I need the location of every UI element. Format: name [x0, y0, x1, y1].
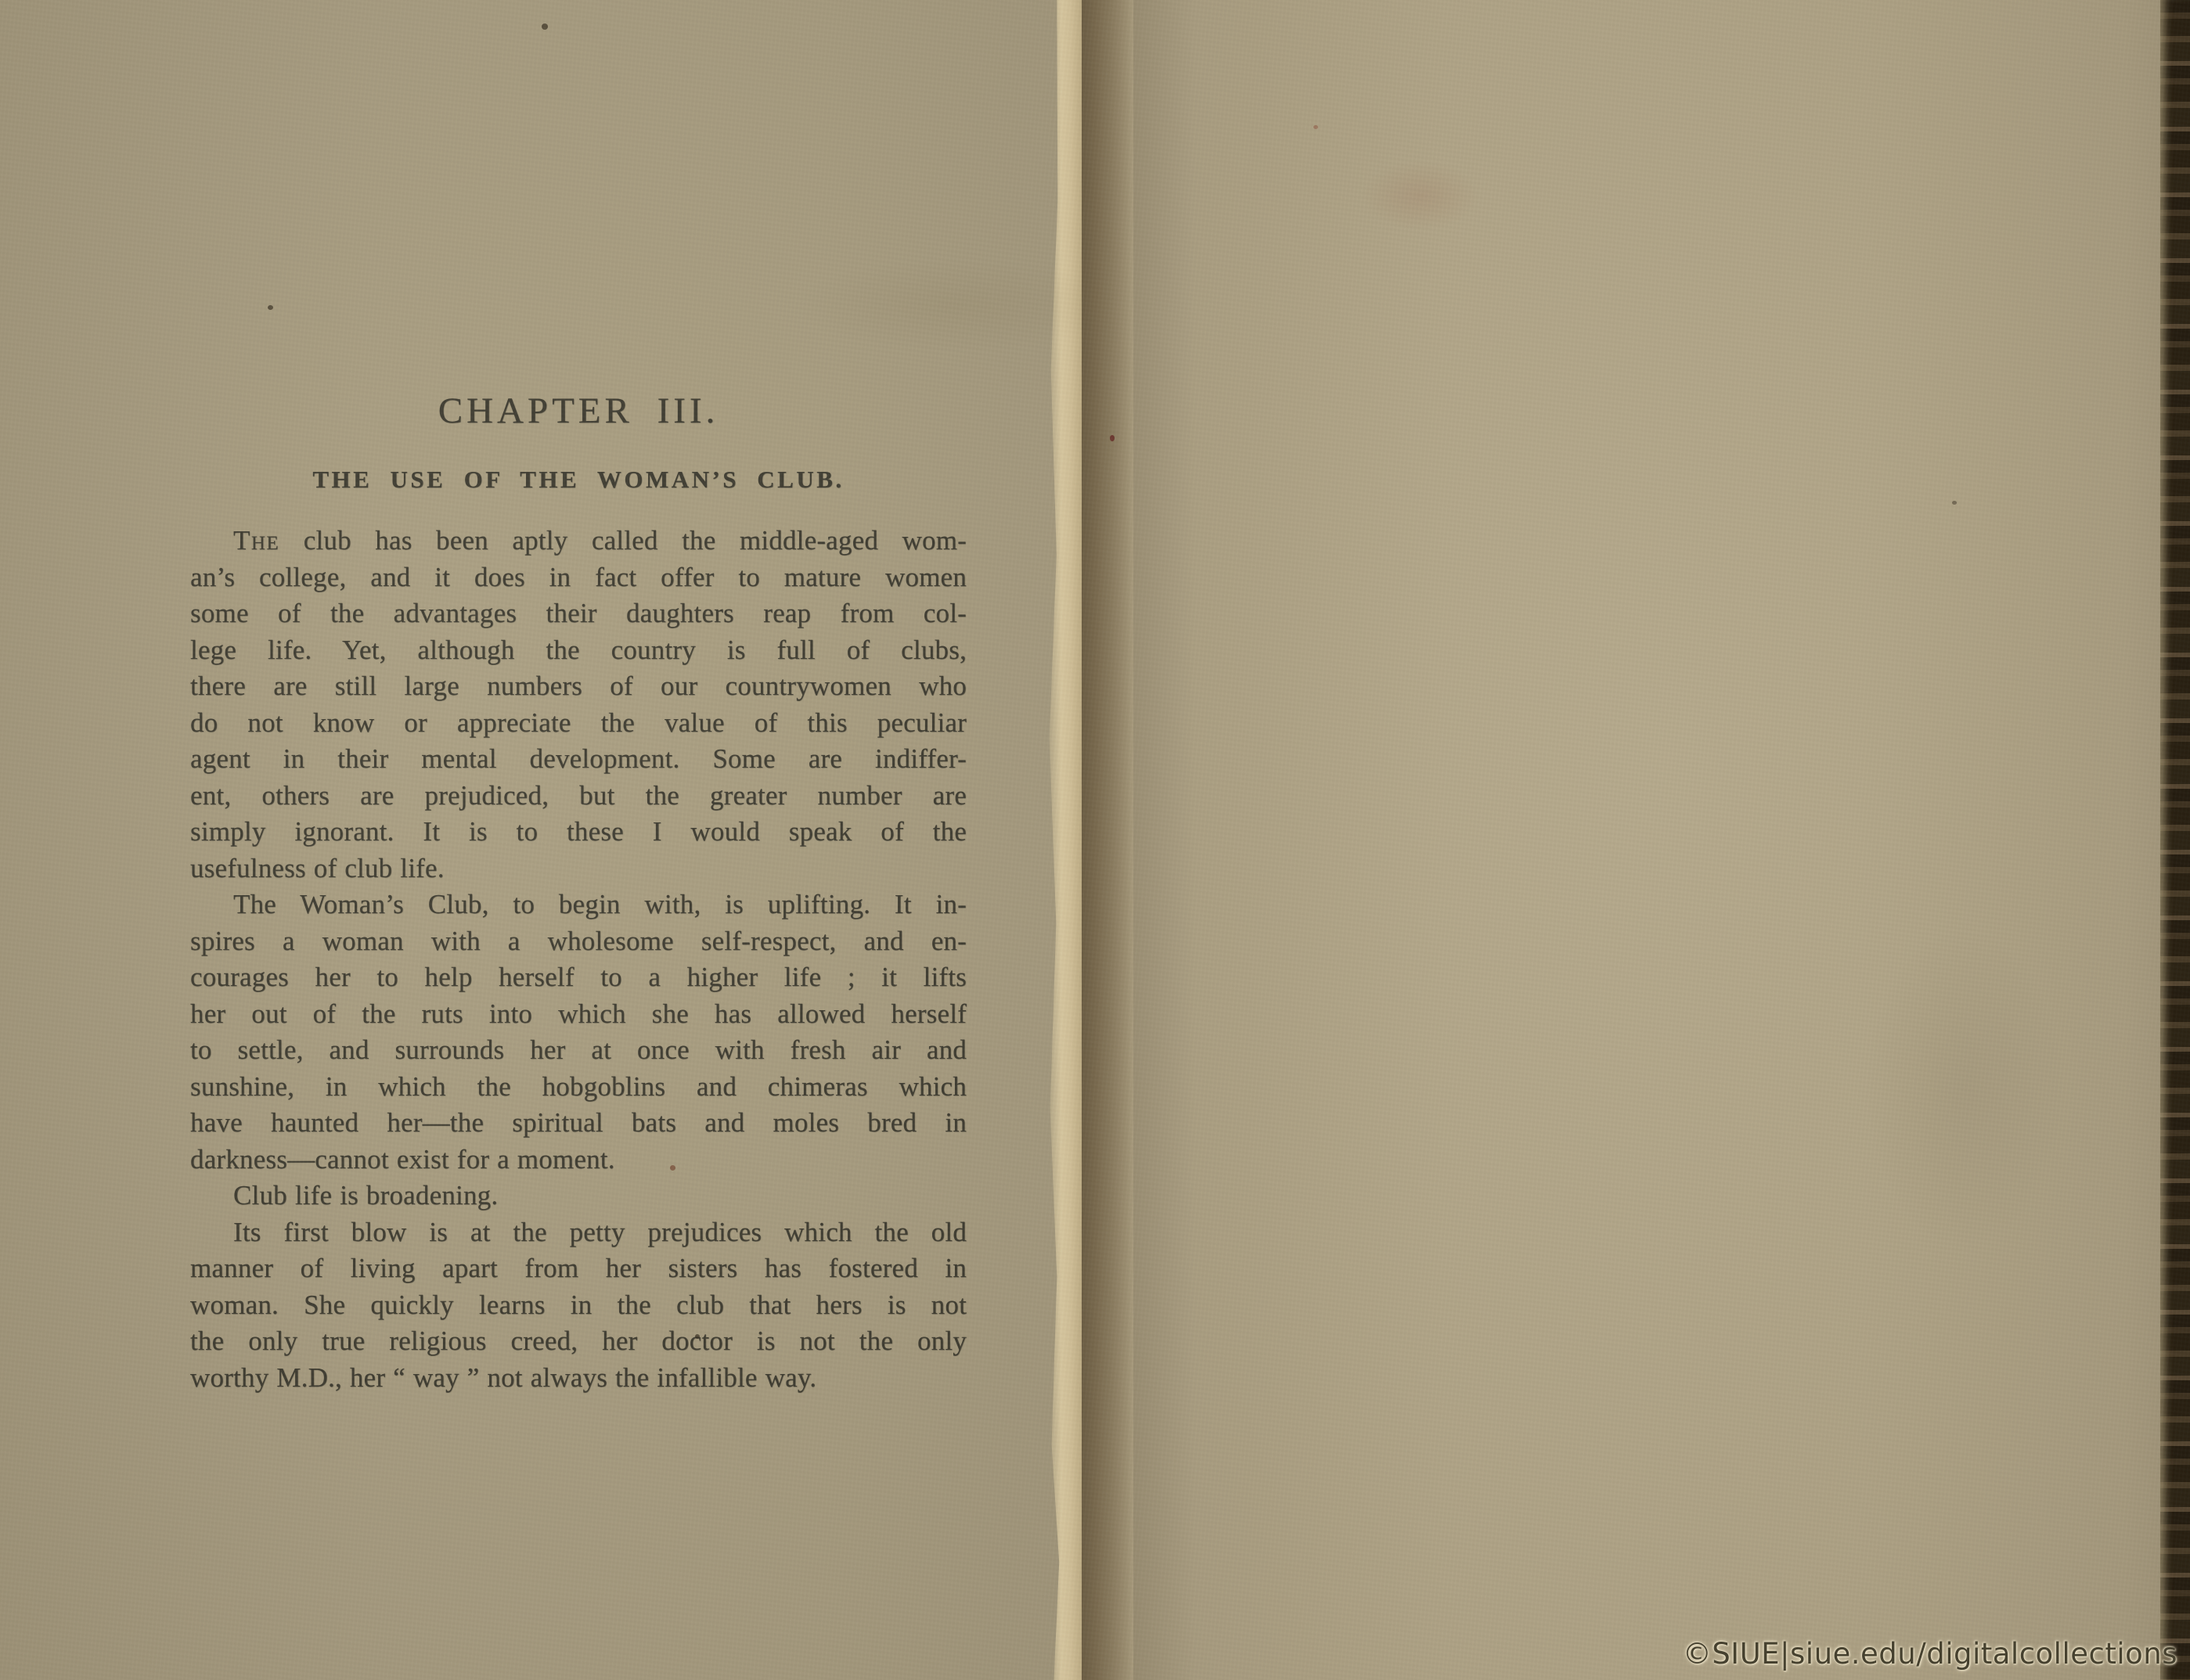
left-page: CHAPTER III. THE USE OF THE WOMAN’S CLUB… — [0, 0, 1063, 1680]
chapter-heading: CHAPTER III. — [190, 390, 967, 432]
text-line: agent in their mental development. Some … — [190, 741, 967, 778]
small-caps-lead: The — [233, 525, 279, 556]
text-line: have haunted her—the spiritual bats and … — [190, 1105, 967, 1142]
paragraph: Club life is broadening. — [190, 1178, 967, 1214]
text-line: to settle, and surrounds her at once wit… — [190, 1032, 967, 1069]
paper-speck — [670, 1165, 675, 1171]
text-line: The club has been aptly called the middl… — [190, 523, 967, 559]
text-line: ent, others are prejudiced, but the grea… — [190, 778, 967, 815]
paper-speck — [695, 1334, 700, 1339]
text-line: woman. She quickly learns in the club th… — [190, 1287, 967, 1324]
text-line: usefulness of club life. — [190, 851, 967, 887]
text-line: some of the advantages their daughters r… — [190, 595, 967, 632]
text-line: do not know or appreciate the value of t… — [190, 705, 967, 742]
text-line: an’s college, and it does in fact offer … — [190, 559, 967, 596]
text-line: manner of living apart from her sisters … — [190, 1250, 967, 1287]
text-line: Club life is broadening. — [190, 1178, 967, 1214]
paper-speck — [1110, 435, 1115, 441]
paper-speck — [542, 23, 548, 30]
paragraph: The club has been aptly called the middl… — [190, 523, 967, 887]
paper-speck — [268, 305, 273, 310]
text-line: there are still large numbers of our cou… — [190, 668, 967, 705]
text-line: lege life. Yet, although the country is … — [190, 632, 967, 669]
paper-speck — [1952, 501, 1957, 505]
digital-collection-watermark: ©SIUE|siue.edu/digitalcollections — [1683, 1637, 2177, 1671]
text-line: worthy M.D., her “ way ” not always the … — [190, 1360, 967, 1397]
text-line: her out of the ruts into which she has a… — [190, 996, 967, 1033]
text-line: courages her to help herself to a higher… — [190, 959, 967, 996]
text-line: the only true religious creed, her docto… — [190, 1323, 967, 1360]
book-fore-edge — [2160, 0, 2190, 1680]
text-line: spires a woman with a wholesome self-res… — [190, 923, 967, 960]
left-page-body-text: The club has been aptly called the middl… — [190, 523, 967, 1396]
paragraph: Its first blow is at the petty prejudice… — [190, 1214, 967, 1397]
text-line: simply ignorant. It is to these I would … — [190, 814, 967, 851]
paper-speck — [1313, 125, 1318, 129]
text-line: Its first blow is at the petty prejudice… — [190, 1214, 967, 1251]
text-line: darkness—cannot exist for a moment. — [190, 1142, 967, 1178]
text-line: sunshine, in which the hobgoblins and ch… — [190, 1069, 967, 1106]
right-page: THE USE OF·THE WOMAN’S CLUB. 21 She is s… — [1133, 0, 2167, 1680]
gutter-shadow — [1082, 0, 1133, 1680]
book-scan: CHAPTER III. THE USE OF THE WOMAN’S CLUB… — [0, 0, 2190, 1680]
paragraph: The Woman’s Club, to begin with, is upli… — [190, 887, 967, 1178]
chapter-subtitle: THE USE OF THE WOMAN’S CLUB. — [190, 466, 967, 494]
text-line: The Woman’s Club, to begin with, is upli… — [190, 887, 967, 923]
